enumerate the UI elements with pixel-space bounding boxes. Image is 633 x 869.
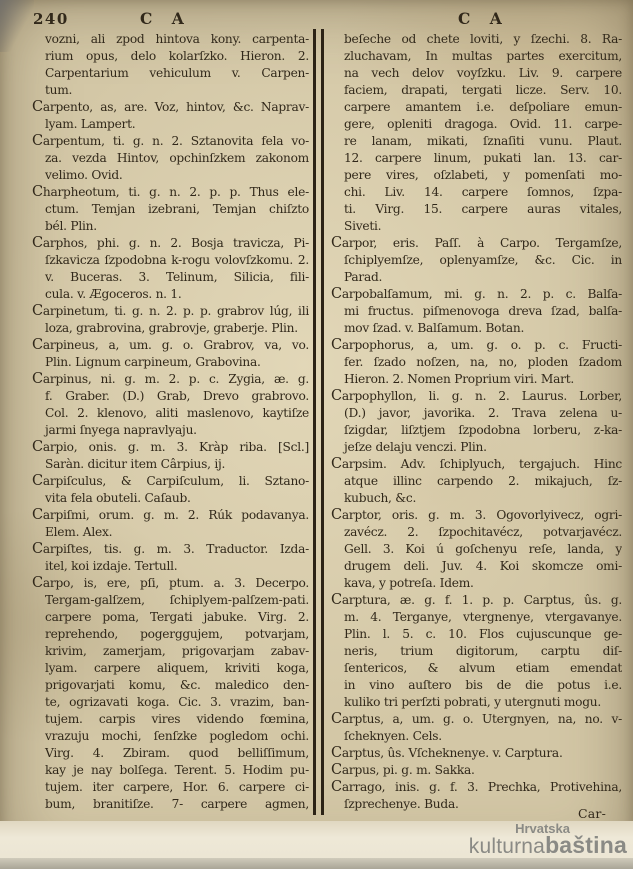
- text-line: Carpo, is, ere, pſi, ptum. a. 3. Decerpo…: [32, 575, 309, 592]
- text-line: krivim, zamerjam, prigovarjam zabav-: [32, 643, 309, 660]
- text-line: ſchiplyemſze, oplenyamſze, &c. Cic. in: [331, 252, 622, 269]
- text-line: ſzigdar, liſztjem ſzpodobna lorberu, z-k…: [331, 422, 622, 439]
- text-line: Carptus, a, um. g. o. Utergnyen, na, no.…: [331, 711, 622, 728]
- running-head-left: C A: [140, 9, 191, 28]
- text-line: tujem. carpis vires videndo fœmina,: [32, 711, 309, 728]
- text-line: 12. carpere linum, pukati lan. 13. car-: [331, 150, 622, 167]
- text-line: Carpophorus, a, um. g. o. p. c. Fructi-: [331, 337, 622, 354]
- text-line: Carptus, ûs. Vſcheknenye. v. Carptura.: [331, 745, 622, 762]
- text-line: Carpio, onis. g. m. 3. Kràp riba. [Scl.]: [32, 439, 309, 456]
- text-line: jeſze delaju venczi. Plin.: [331, 439, 622, 456]
- text-line: itel, koi izdaje. Tertull.: [32, 558, 309, 575]
- text-line: ſzkavicza ſzpodobna k-rogu volovſzkomu. …: [32, 252, 309, 269]
- text-line: jarmi ſnyega napravlyaju.: [32, 422, 309, 439]
- text-line: velimo. Ovid.: [32, 167, 309, 184]
- text-line: na vech delov voyſzku. Liv. 9. carpere: [331, 65, 622, 82]
- text-line: bél. Plin.: [32, 218, 309, 235]
- text-line: Carpiſmi, orum. g. m. 2. Rúk podavanya.: [32, 507, 309, 524]
- left-column: vozni, ali zpod hintova kony. carpenta-r…: [32, 31, 309, 813]
- text-line: Carpiſtes, tis. g. m. 3. Traductor. Izda…: [32, 541, 309, 558]
- text-line: kuliko tri perſzti pobrati, y utergnuti …: [331, 694, 622, 711]
- text-line: Parad.: [331, 269, 622, 286]
- text-line: Elem. Alex.: [32, 524, 309, 541]
- text-line: Col. 2. klenovo, aliti maslenovo, kaytiſ…: [32, 405, 309, 422]
- text-line: bum, branitiſze. 7- carpere agmen,: [32, 796, 309, 813]
- text-line: m. 4. Terganye, vtergnenye, vtergavanye.: [331, 609, 622, 626]
- scan-bottom-edge: [0, 858, 633, 869]
- text-line: lyam. carpere aliquem, kriviti koga,: [32, 660, 309, 677]
- text-line: fer. ſzado noſzen, na, no, ploden ſzadom: [331, 354, 622, 371]
- text-line: Charpheotum, ti. g. n. 2. p. p. Thus ele…: [32, 184, 309, 201]
- text-line: te, ogrizavati koga. Cic. 3. vrazim, ban…: [32, 694, 309, 711]
- text-line: pere vires, oſzlabeti, y pomenſati mo-: [331, 167, 622, 184]
- text-line: mi fructus. piſmenovoga dreva ſzad, balſ…: [331, 303, 622, 320]
- text-line: mov ſzad. v. Balſamum. Botan.: [331, 320, 622, 337]
- text-line: za. vezda Hintov, opchinſzkem zakonom: [32, 150, 309, 167]
- text-line: Carpento, as, are. Voz, hintov, &c. Napr…: [32, 99, 309, 116]
- text-line: Carpophyllon, li. g. n. 2. Laurus. Lorbe…: [331, 388, 622, 405]
- text-line: rium opus, delo kolarſzko. Hieron. 2.: [32, 48, 309, 65]
- text-line: neris, trium digitorum, carptu diſ-: [331, 643, 622, 660]
- text-line: drugem deli. Juv. 4. Koi skomcze omi-: [331, 558, 622, 575]
- text-line: kava, y potreſa. Idem.: [331, 575, 622, 592]
- text-line: Virg. 4. Zbiram. quod belliſſimum,: [32, 745, 309, 762]
- text-line: re lanam, mikati, ſznaſiti vunu. Plaut.: [331, 133, 622, 150]
- text-line: cula. v. Ægoceros. n. 1.: [32, 286, 309, 303]
- text-line: Carpentarium vehiculum v. Carpen-: [32, 65, 309, 82]
- text-line: atque illinc carpendo 2. mikajuch, ſz-: [331, 473, 622, 490]
- text-line: Tergam-galſzem, ſchiplyem-palſzem-pati.: [32, 592, 309, 609]
- text-line: ti. Virg. 15. carpere auras vitales,: [331, 201, 622, 218]
- text-line: loza, grabrovina, grabrovje, graberje. P…: [32, 320, 309, 337]
- text-line: Carpiſculus, & Carpiſculum, li. Sztano-: [32, 473, 309, 490]
- text-line: Carphos, phi. g. n. 2. Bosja travicza, P…: [32, 235, 309, 252]
- text-line: (D.) javor, javorika. 2. Trava zelena u-: [331, 405, 622, 422]
- text-line: zavécz. 2. ſzpochitavécz, potvarjavécz.: [331, 524, 622, 541]
- text-line: Carpsim. Adv. ſchiplyuch, tergajuch. Hin…: [331, 456, 622, 473]
- text-line: Carptor, oris. g. m. 3. Ogovorlyivecz, o…: [331, 507, 622, 524]
- text-line: kay je nay bolſega. Terent. 5. Hodim pu-: [32, 762, 309, 779]
- text-line: prigovarjati komu, &c. maledico den-: [32, 677, 309, 694]
- text-line: Plin. Lignum carpineum, Grabovina.: [32, 354, 309, 371]
- text-line: Carpinetum, ti. g. n. 2. p. p. grabrov l…: [32, 303, 309, 320]
- text-line: Carpineus, a, um. g. o. Grabrov, va, vo.: [32, 337, 309, 354]
- text-block: vozni, ali zpod hintova kony. carpenta-r…: [32, 31, 622, 815]
- scanned-dictionary-page: 240 C A C A vozni, ali zpod hintova kony…: [0, 0, 633, 869]
- text-line: vita fela obuteli. Caſaub.: [32, 490, 309, 507]
- text-line: Siveti.: [331, 218, 622, 235]
- heritage-watermark: Hrvatska kulturnabaština: [469, 822, 627, 857]
- right-column: beſeche od chete loviti, y ſzechi. 8. Ra…: [331, 31, 622, 813]
- text-line: Carpentum, ti. g. n. 2. Sztanovita fela …: [32, 133, 309, 150]
- text-line: Saràn. dicitur item Cârpius, ij.: [32, 456, 309, 473]
- scan-corner-shadow: [0, 0, 34, 52]
- watermark-line2: kulturnabaština: [469, 834, 627, 857]
- column-divider: [313, 29, 324, 815]
- text-line: faciem, drapati, tergati licze. Serv. 10…: [331, 82, 622, 99]
- catchword: Car-: [578, 806, 606, 821]
- text-line: Carpinus, ni. g. m. 2. p. c. Zygia, æ. g…: [32, 371, 309, 388]
- running-head-right: C A: [458, 9, 509, 28]
- text-line: ſentericos, & alvum etiam emendat: [331, 660, 622, 677]
- text-line: Plin. l. 5. c. 10. Flos cujuscunque ge-: [331, 626, 622, 643]
- text-line: carpere poma, Tergati jabuke. Virg. 2.: [32, 609, 309, 626]
- text-line: tum.: [32, 82, 309, 99]
- text-line: vozni, ali zpod hintova kony. carpenta-: [32, 31, 309, 48]
- text-line: Gell. 3. Koi ú goſchenyu reſe, landa, y: [331, 541, 622, 558]
- text-line: v. Buceras. 3. Telinum, Silicia, fili-: [32, 269, 309, 286]
- text-line: Carpus, pi. g. m. Sakka.: [331, 762, 622, 779]
- text-line: tujem. iter carpere, Hor. 6. carpere ci-: [32, 779, 309, 796]
- text-line: lyam. Lampert.: [32, 116, 309, 133]
- text-line: Carpobalſamum, mi. g. n. 2. p. c. Balſa-: [331, 286, 622, 303]
- text-line: Hieron. 2. Nomen Proprium viri. Mart.: [331, 371, 622, 388]
- text-line: carpere amantem i.e. deſpoliare emun-: [331, 99, 622, 116]
- text-line: Carptura, æ. g. f. 1. p. p. Carptus, ûs.…: [331, 592, 622, 609]
- text-line: reprehendo, pogerggujem, potvarjam,: [32, 626, 309, 643]
- text-line: zluchavam, In multas partes exercitum,: [331, 48, 622, 65]
- text-line: Carrago, inis. g. f. 3. Prechka, Protive…: [331, 779, 622, 796]
- text-line: gere, opleniti dragoga. Ovid. 11. carpe-: [331, 116, 622, 133]
- text-line: in vino auſtero bis de die potus i.e.: [331, 677, 622, 694]
- text-line: ſcheknyen. Cels.: [331, 728, 622, 745]
- text-line: beſeche od chete loviti, y ſzechi. 8. Ra…: [331, 31, 622, 48]
- text-line: Carpor, eris. Paſſ. à Carpo. Tergamſze,: [331, 235, 622, 252]
- text-line: kubuch, &c.: [331, 490, 622, 507]
- text-line: vrazuju mochi, ſenſzke pogledom ochi.: [32, 728, 309, 745]
- text-line: chi. Liv. 14. carpere ſomnos, ſzpa-: [331, 184, 622, 201]
- page-number: 240: [33, 10, 69, 28]
- text-line: ctum. Temjan izebrani, Temjan chiſzto: [32, 201, 309, 218]
- text-line: f. Graber. (D.) Grab, Drevo grabrovo.: [32, 388, 309, 405]
